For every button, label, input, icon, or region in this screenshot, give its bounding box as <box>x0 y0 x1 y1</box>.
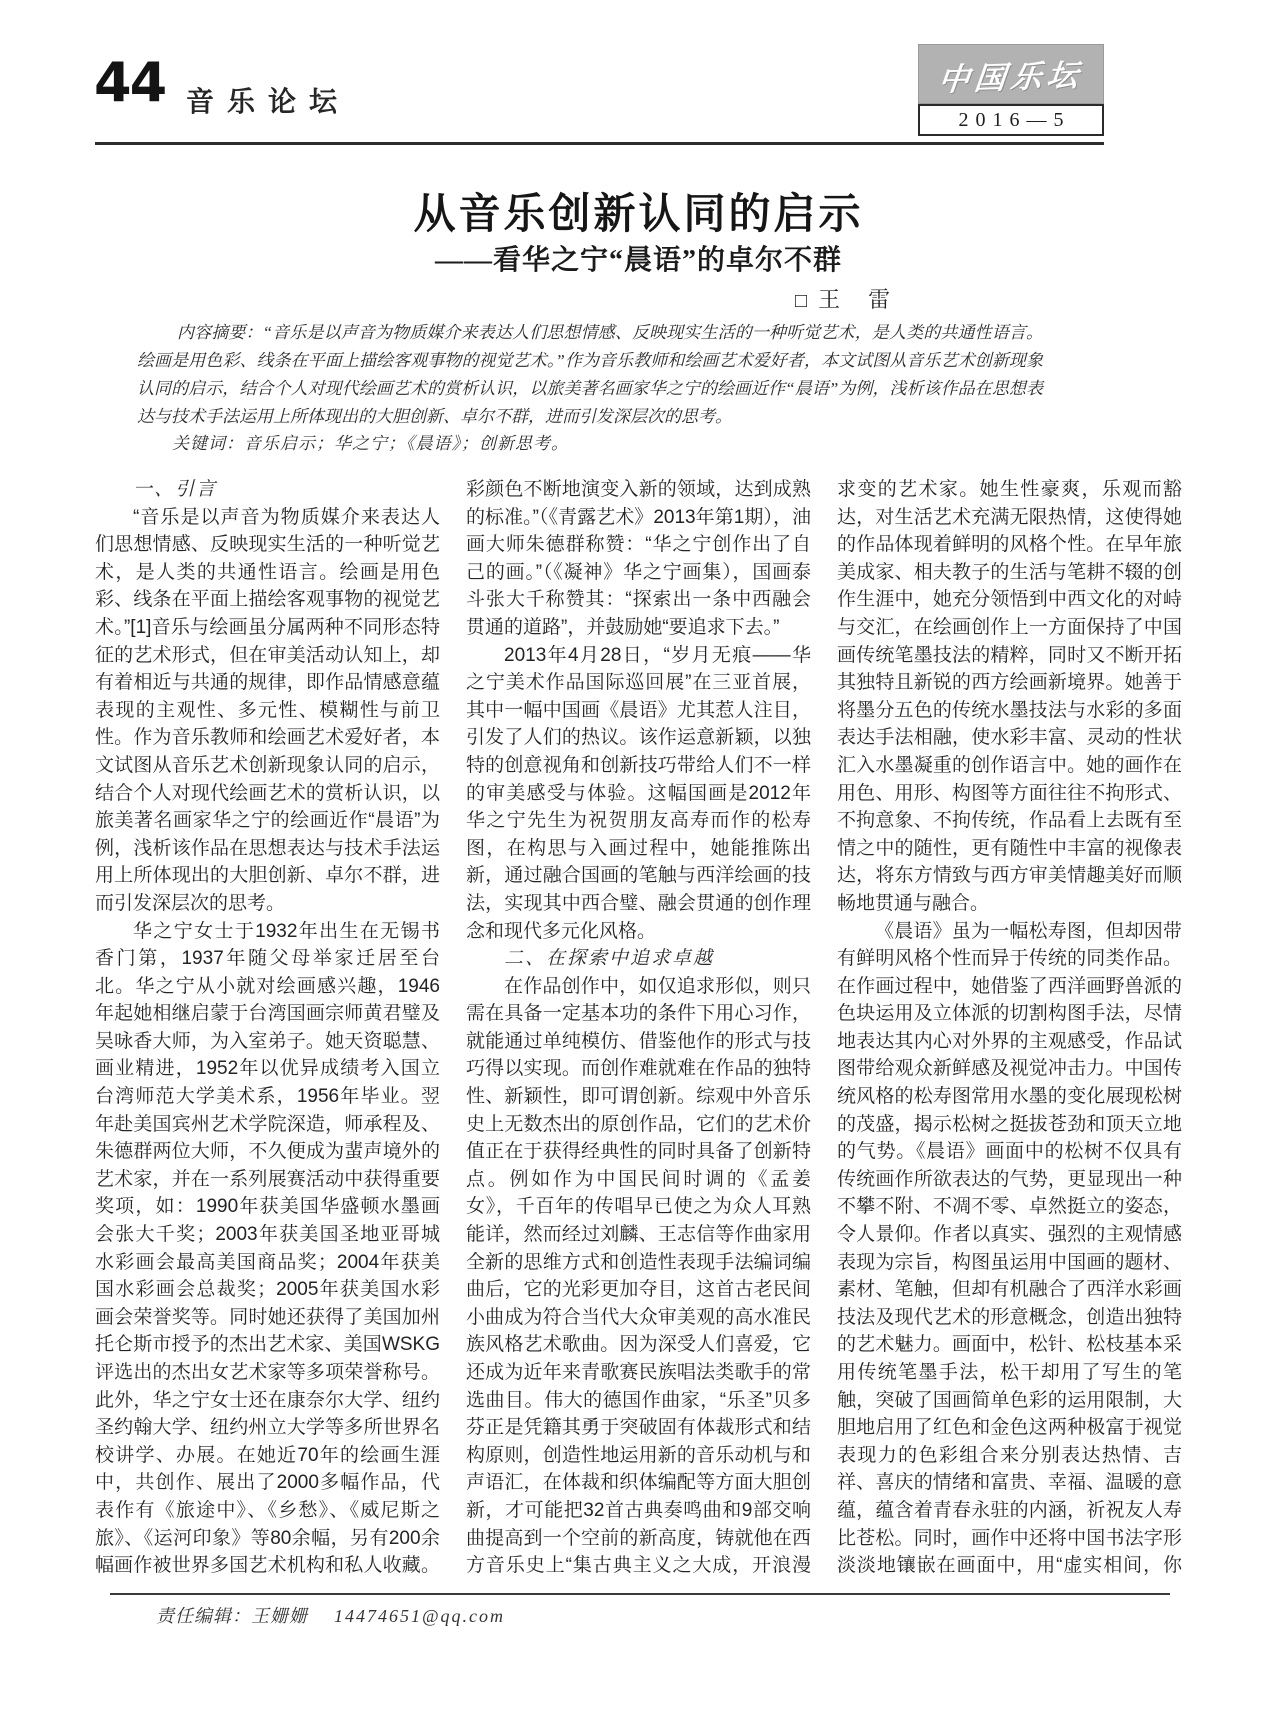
page-number: 44 <box>94 56 165 110</box>
editor-email: 14474651@qq.com <box>334 1606 505 1626</box>
footer-rule <box>110 1593 1170 1595</box>
paragraph: 《晨语》虽为一幅松寿图，但却因带有鲜明风格个性而异于传统的同类作品。在作画过程中… <box>837 918 1182 1583</box>
journal-page: 44 音乐论坛 中国乐坛 2016—5 从音乐创新认同的启示 ——看华之宁“晨语… <box>0 0 1280 1725</box>
paragraph: 彩颜色不断地演变入新的领域，达到成熟的标准。”（《青露艺术》2013年第1期），… <box>466 476 811 642</box>
author-marker-icon: □ <box>795 290 810 312</box>
text-column-3: 求变的艺术家。她生性豪爽，乐观而豁达，对生活艺术充满无限热情，这使得她的作品体现… <box>837 476 1182 1582</box>
paragraph: “音乐是以声音为物质媒介来表达人们思想情感、反映现实生活的一种听觉艺术，是人类的… <box>95 504 440 918</box>
section-title: 音乐论坛 <box>186 80 350 120</box>
article-subtitle: ——看华之宁“晨语”的卓尔不群 <box>95 238 1182 278</box>
author-line: □王 雷 <box>795 283 893 314</box>
paragraph: 2013年4月28日，“岁月无痕——华之宁美术作品国际巡回展”在三亚首展，其中一… <box>466 642 811 946</box>
issue-number: 2016—5 <box>959 109 1071 132</box>
text-column-2: 彩颜色不断地演变入新的领域，达到成熟的标准。”（《青露艺术》2013年第1期），… <box>466 476 811 1582</box>
journal-logo-box: 中国乐坛 <box>918 44 1104 104</box>
paragraph: 华之宁女士于1932年出生在无锡书香门第，1937年随父母举家迁居至台北。华之宁… <box>95 918 440 1583</box>
author-name: 王 雷 <box>818 287 893 312</box>
journal-logo: 中国乐坛 <box>936 49 1085 99</box>
article-title: 从音乐创新认同的启示 <box>95 181 1182 241</box>
keywords-text: 音乐启示；华之宁；《晨语》；创新思考。 <box>244 434 569 453</box>
section-heading: 一、引言 <box>95 476 440 504</box>
header-rule <box>95 142 1104 145</box>
article-body: 一、引言“音乐是以声音为物质媒介来表达人们思想情感、反映现实生活的一种听觉艺术，… <box>95 476 1182 1582</box>
paragraph: 求变的艺术家。她生性豪爽，乐观而豁达，对生活艺术充满无限热情，这使得她的作品体现… <box>837 476 1182 918</box>
issue-number-box: 2016—5 <box>918 104 1104 136</box>
abstract-text: “音乐是以声音为物质媒介来表达人们思想情感、反映现实生活的一种听觉艺术，是人类的… <box>137 323 1043 426</box>
paragraph: 在作品创作中，如仅追求形似，则只需在具备一定基本功的条件下用心习作，就能通过单纯… <box>466 973 811 1582</box>
abstract: 内容摘要：“音乐是以声音为物质媒介来表达人们思想情感、反映现实生活的一种听觉艺术… <box>137 319 1043 431</box>
section-heading: 二、在探索中追求卓越 <box>466 945 811 973</box>
text-column-1: 一、引言“音乐是以声音为物质媒介来表达人们思想情感、反映现实生活的一种听觉艺术，… <box>95 476 440 1582</box>
keywords: 关键词：音乐启示；华之宁；《晨语》；创新思考。 <box>172 429 569 454</box>
keywords-label: 关键词： <box>172 434 244 453</box>
footer: 责任编辑：王姗姗14474651@qq.com <box>156 1602 505 1628</box>
editor-label: 责任编辑： <box>156 1606 251 1626</box>
abstract-label: 内容摘要： <box>177 323 263 342</box>
editor-name: 王姗姗 <box>251 1606 308 1626</box>
